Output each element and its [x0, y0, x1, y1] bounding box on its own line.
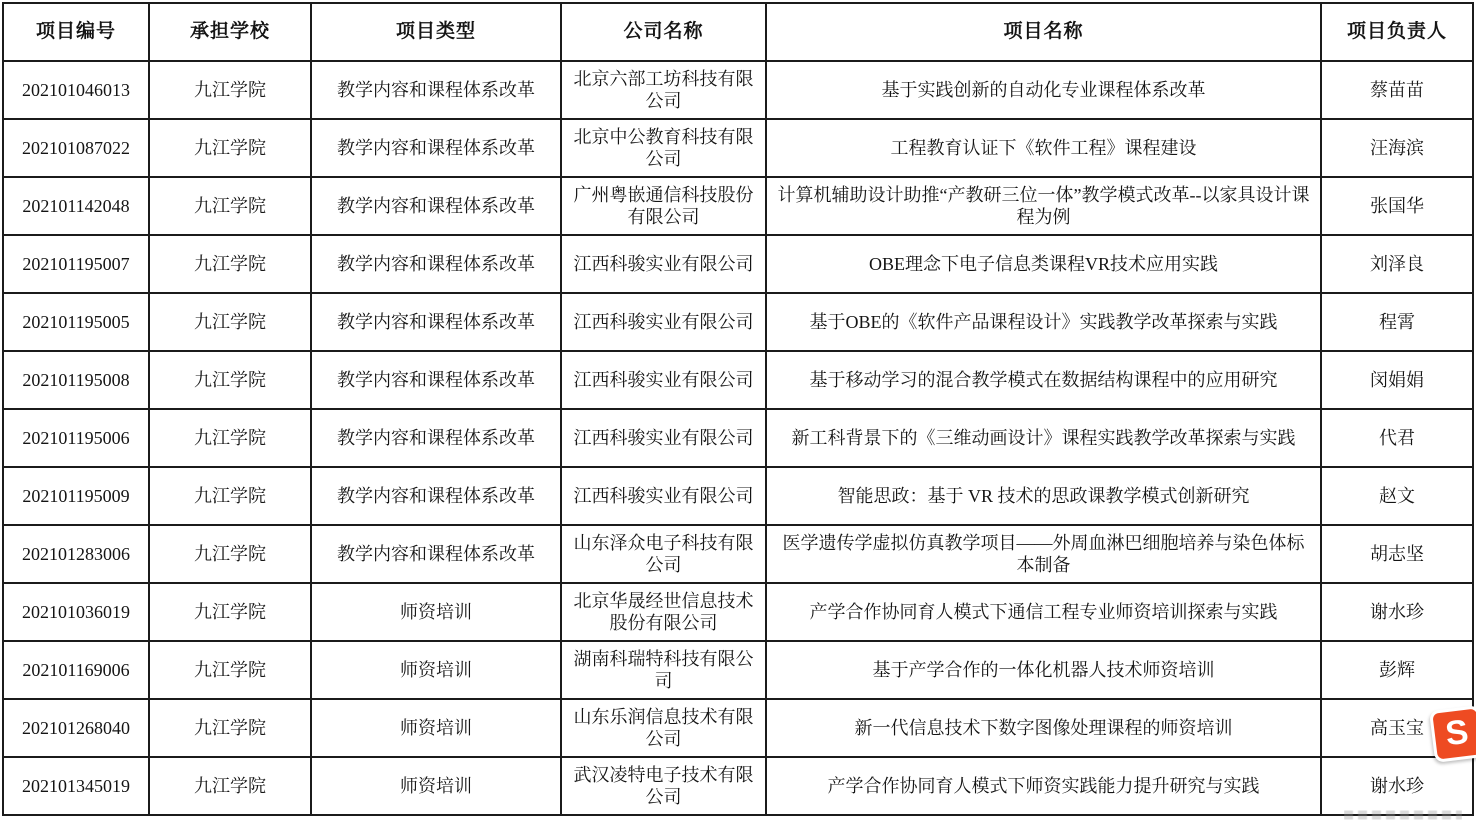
cell-school: 九江学院 — [149, 293, 311, 351]
cell-school: 九江学院 — [149, 61, 311, 119]
table-row: 202101195009 九江学院 教学内容和课程体系改革 江西科骏实业有限公司… — [3, 467, 1473, 525]
cell-project-type: 教学内容和课程体系改革 — [311, 467, 561, 525]
cell-project-type: 教学内容和课程体系改革 — [311, 351, 561, 409]
col-header-project-type: 项目类型 — [311, 3, 561, 61]
cell-company: 湖南科瑞特科技有限公司 — [561, 641, 766, 699]
cell-school: 九江学院 — [149, 641, 311, 699]
cell-leader: 赵文 — [1321, 467, 1473, 525]
cell-company: 江西科骏实业有限公司 — [561, 351, 766, 409]
cell-project-id: 202101195006 — [3, 409, 149, 467]
cell-company: 武汉凌特电子技术有限公司 — [561, 757, 766, 815]
table-row: 202101195005 九江学院 教学内容和课程体系改革 江西科骏实业有限公司… — [3, 293, 1473, 351]
cell-leader: 胡志坚 — [1321, 525, 1473, 583]
cell-leader: 张国华 — [1321, 177, 1473, 235]
cell-leader: 蔡苗苗 — [1321, 61, 1473, 119]
cell-project-id: 202101268040 — [3, 699, 149, 757]
cell-project-id: 202101195009 — [3, 467, 149, 525]
table-row: 202101268040 九江学院 师资培训 山东乐润信息技术有限公司 新一代信… — [3, 699, 1473, 757]
cell-company: 江西科骏实业有限公司 — [561, 293, 766, 351]
cell-company: 山东泽众电子科技有限公司 — [561, 525, 766, 583]
col-header-project-title: 项目名称 — [766, 3, 1321, 61]
table-row: 202101087022 九江学院 教学内容和课程体系改革 北京中公教育科技有限… — [3, 119, 1473, 177]
table-row: 202101195006 九江学院 教学内容和课程体系改革 江西科骏实业有限公司… — [3, 409, 1473, 467]
cell-project-id: 202101036019 — [3, 583, 149, 641]
cell-leader: 彭辉 — [1321, 641, 1473, 699]
cell-project-title: 新工科背景下的《三维动画设计》课程实践教学改革探索与实践 — [766, 409, 1321, 467]
cell-school: 九江学院 — [149, 467, 311, 525]
cell-project-id: 202101046013 — [3, 61, 149, 119]
cell-project-title: 基于OBE的《软件产品课程设计》实践教学改革探索与实践 — [766, 293, 1321, 351]
cell-project-title: 基于移动学习的混合教学模式在数据结构课程中的应用研究 — [766, 351, 1321, 409]
cell-project-id: 202101195007 — [3, 235, 149, 293]
cell-company: 江西科骏实业有限公司 — [561, 467, 766, 525]
cell-school: 九江学院 — [149, 351, 311, 409]
cell-school: 九江学院 — [149, 583, 311, 641]
cell-project-type: 师资培训 — [311, 641, 561, 699]
cell-project-id: 202101283006 — [3, 525, 149, 583]
cell-school: 九江学院 — [149, 409, 311, 467]
cell-school: 九江学院 — [149, 525, 311, 583]
cell-project-type: 师资培训 — [311, 699, 561, 757]
cell-leader: 刘泽良 — [1321, 235, 1473, 293]
col-header-project-id: 项目编号 — [3, 3, 149, 61]
cell-leader: 程霄 — [1321, 293, 1473, 351]
cell-leader: 汪海滨 — [1321, 119, 1473, 177]
cell-project-title: OBE理念下电子信息类课程VR技术应用实践 — [766, 235, 1321, 293]
cell-project-id: 202101195008 — [3, 351, 149, 409]
col-header-leader: 项目负责人 — [1321, 3, 1473, 61]
cell-school: 九江学院 — [149, 177, 311, 235]
cell-company: 山东乐润信息技术有限公司 — [561, 699, 766, 757]
project-list-table: 项目编号 承担学校 项目类型 公司名称 项目名称 项目负责人 202101046… — [2, 2, 1474, 816]
cell-project-id: 202101195005 — [3, 293, 149, 351]
cell-project-type: 教学内容和课程体系改革 — [311, 525, 561, 583]
cell-project-title: 智能思政：基于 VR 技术的思政课教学模式创新研究 — [766, 467, 1321, 525]
col-header-school: 承担学校 — [149, 3, 311, 61]
cell-company: 江西科骏实业有限公司 — [561, 235, 766, 293]
table-row: 202101195007 九江学院 教学内容和课程体系改革 江西科骏实业有限公司… — [3, 235, 1473, 293]
cell-company: 北京中公教育科技有限公司 — [561, 119, 766, 177]
cell-company: 北京六部工坊科技有限公司 — [561, 61, 766, 119]
cell-school: 九江学院 — [149, 757, 311, 815]
table-row: 202101169006 九江学院 师资培训 湖南科瑞特科技有限公司 基于产学合… — [3, 641, 1473, 699]
cell-project-type: 教学内容和课程体系改革 — [311, 61, 561, 119]
table-header-row: 项目编号 承担学校 项目类型 公司名称 项目名称 项目负责人 — [3, 3, 1473, 61]
cell-project-type: 教学内容和课程体系改革 — [311, 409, 561, 467]
cell-project-title: 产学合作协同育人模式下师资实践能力提升研究与实践 — [766, 757, 1321, 815]
table-row: 202101195008 九江学院 教学内容和课程体系改革 江西科骏实业有限公司… — [3, 351, 1473, 409]
table-row: 202101283006 九江学院 教学内容和课程体系改革 山东泽众电子科技有限… — [3, 525, 1473, 583]
cell-project-title: 新一代信息技术下数字图像处理课程的师资培训 — [766, 699, 1321, 757]
cell-project-title: 基于实践创新的自动化专业课程体系改革 — [766, 61, 1321, 119]
cell-project-title: 产学合作协同育人模式下通信工程专业师资培训探索与实践 — [766, 583, 1321, 641]
cell-project-id: 202101345019 — [3, 757, 149, 815]
cell-project-type: 教学内容和课程体系改革 — [311, 293, 561, 351]
cell-project-title: 计算机辅助设计助推“产教研三位一体”教学模式改革--以家具设计课程为例 — [766, 177, 1321, 235]
cell-project-id: 202101142048 — [3, 177, 149, 235]
cell-company: 江西科骏实业有限公司 — [561, 409, 766, 467]
cell-company: 北京华晟经世信息技术股份有限公司 — [561, 583, 766, 641]
faint-watermark — [1344, 808, 1462, 820]
s-logo-icon: S — [1429, 705, 1476, 763]
cell-project-type: 教学内容和课程体系改革 — [311, 177, 561, 235]
cell-leader: 闵娟娟 — [1321, 351, 1473, 409]
cell-project-type: 师资培训 — [311, 757, 561, 815]
col-header-company: 公司名称 — [561, 3, 766, 61]
document-page: 项目编号 承担学校 项目类型 公司名称 项目名称 项目负责人 202101046… — [0, 2, 1476, 820]
table-row: 202101046013 九江学院 教学内容和课程体系改革 北京六部工坊科技有限… — [3, 61, 1473, 119]
s-logo-letter: S — [1444, 715, 1471, 752]
cell-project-type: 师资培训 — [311, 583, 561, 641]
cell-school: 九江学院 — [149, 119, 311, 177]
cell-project-id: 202101169006 — [3, 641, 149, 699]
cell-school: 九江学院 — [149, 699, 311, 757]
cell-project-title: 医学遗传学虚拟仿真教学项目——外周血淋巴细胞培养与染色体标本制备 — [766, 525, 1321, 583]
cell-project-id: 202101087022 — [3, 119, 149, 177]
table-row: 202101142048 九江学院 教学内容和课程体系改革 广州粤嵌通信科技股份… — [3, 177, 1473, 235]
cell-project-title: 工程教育认证下《软件工程》课程建设 — [766, 119, 1321, 177]
table-row: 202101345019 九江学院 师资培训 武汉凌特电子技术有限公司 产学合作… — [3, 757, 1473, 815]
cell-school: 九江学院 — [149, 235, 311, 293]
cell-project-type: 教学内容和课程体系改革 — [311, 119, 561, 177]
cell-leader: 谢水珍 — [1321, 757, 1473, 815]
cell-company: 广州粤嵌通信科技股份有限公司 — [561, 177, 766, 235]
cell-project-type: 教学内容和课程体系改革 — [311, 235, 561, 293]
table-row: 202101036019 九江学院 师资培训 北京华晟经世信息技术股份有限公司 … — [3, 583, 1473, 641]
cell-leader: 谢水珍 — [1321, 583, 1473, 641]
cell-leader: 代君 — [1321, 409, 1473, 467]
cell-project-title: 基于产学合作的一体化机器人技术师资培训 — [766, 641, 1321, 699]
